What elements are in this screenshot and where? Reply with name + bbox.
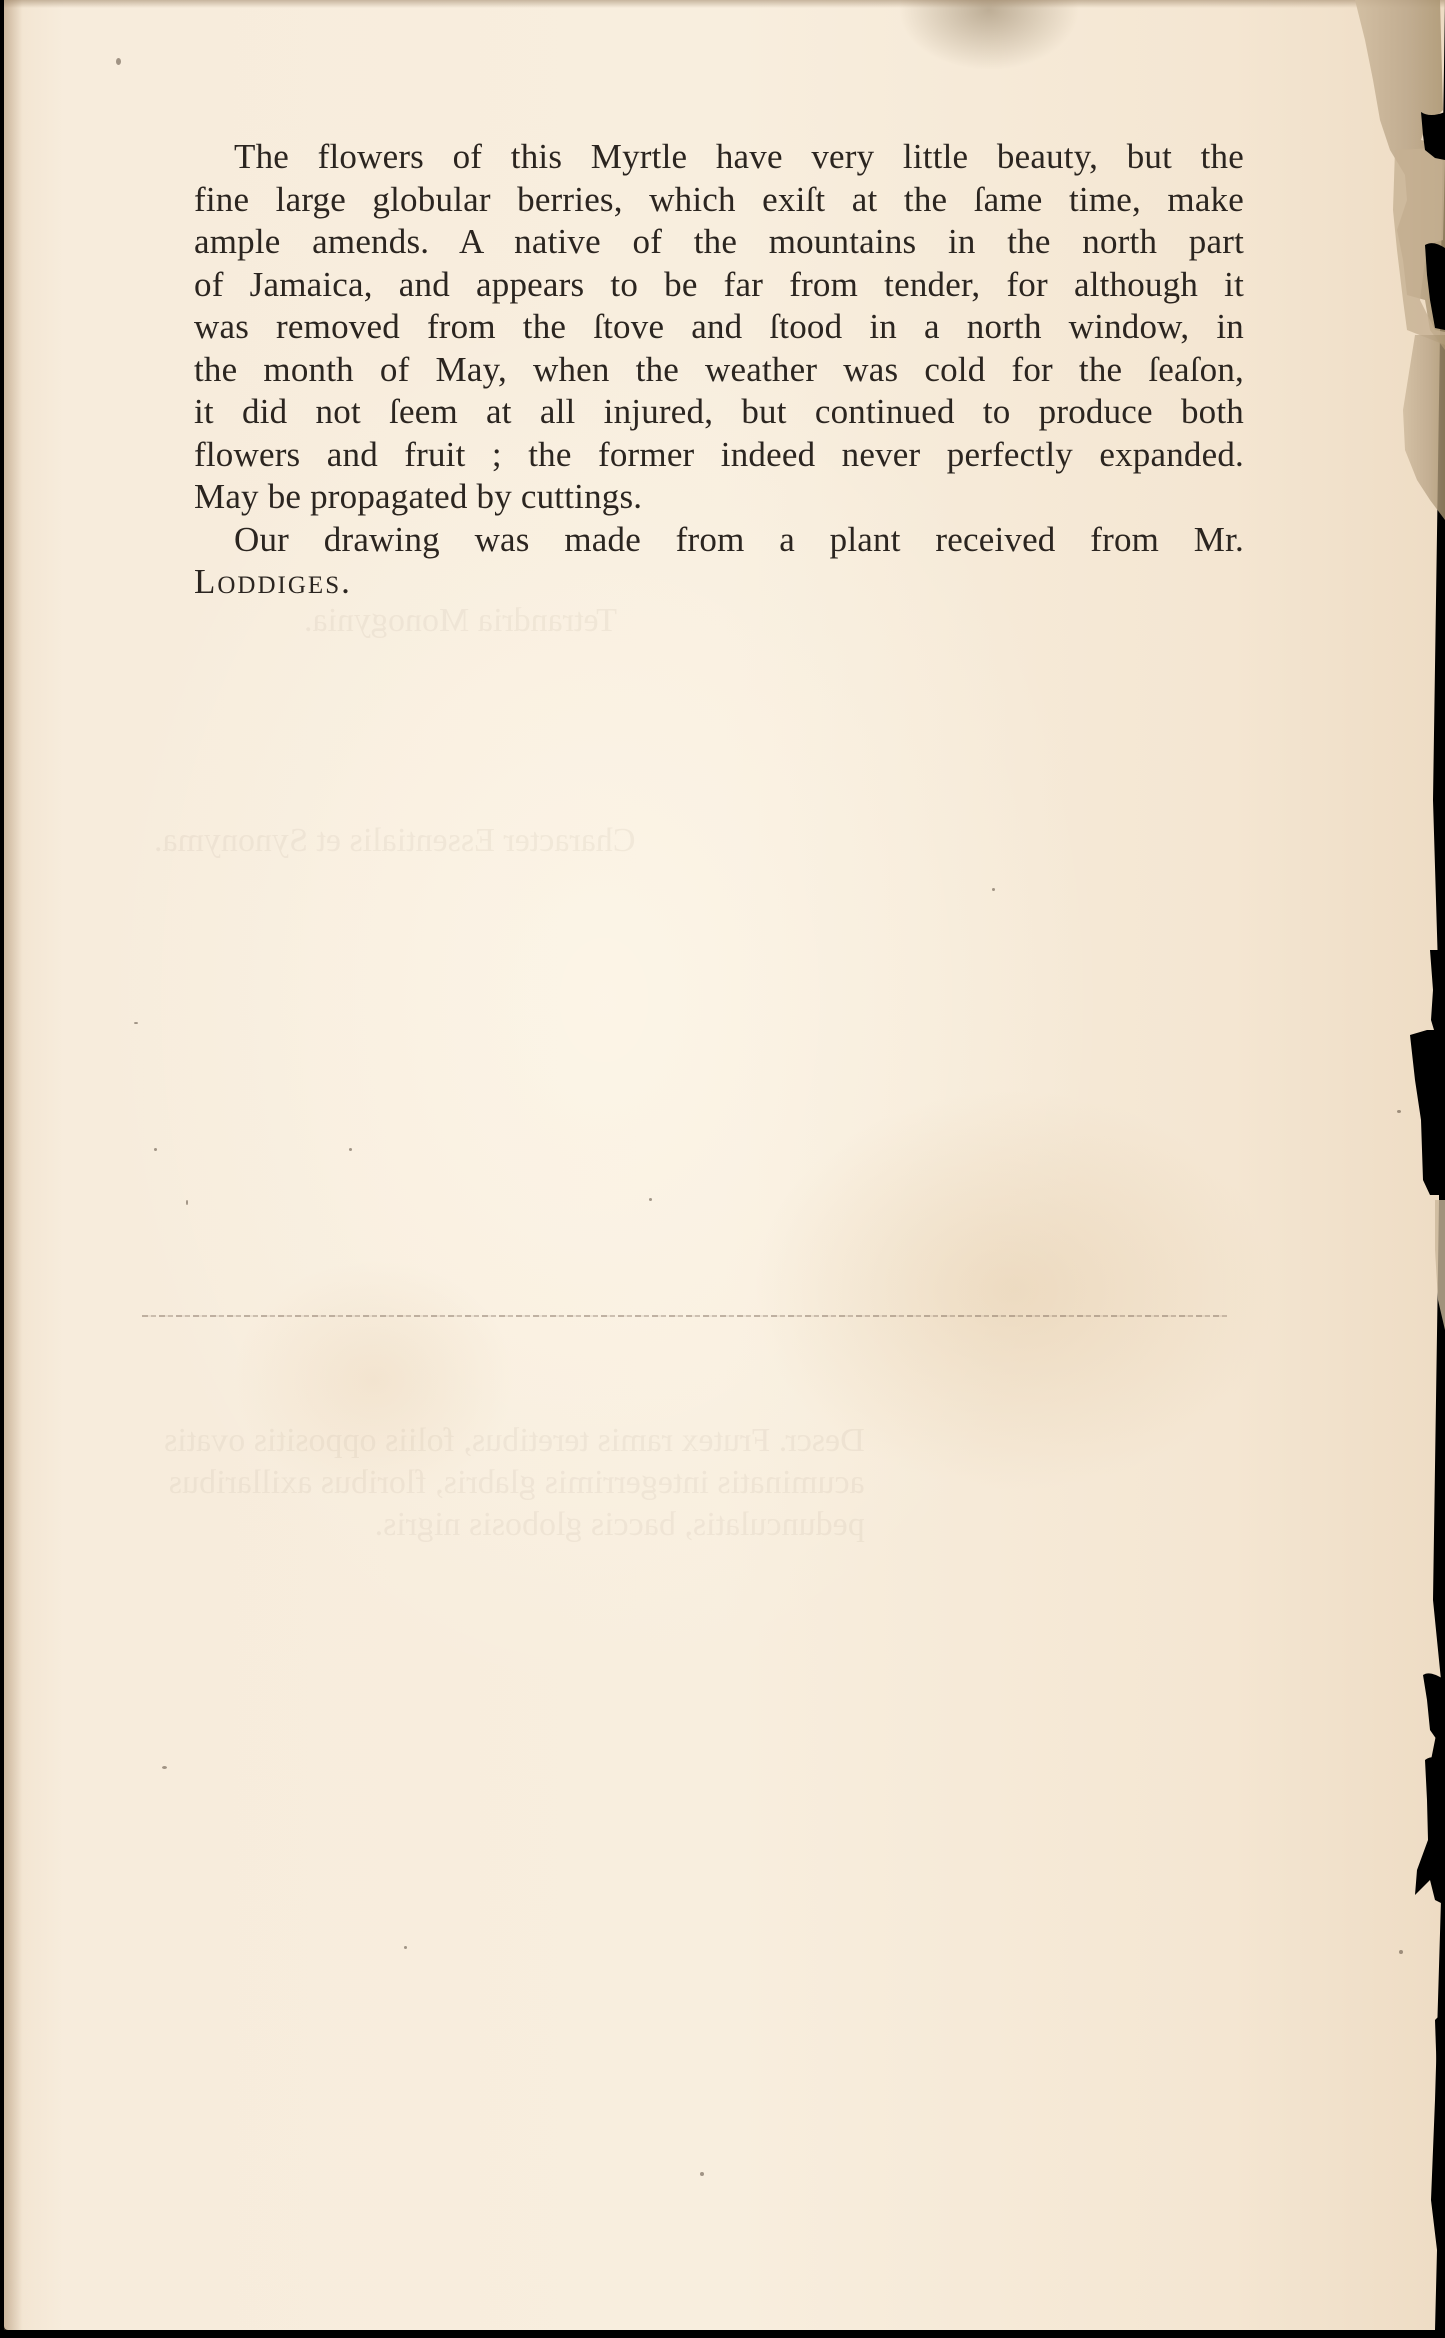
faint-horizontal-rule [142,1315,1227,1317]
text-line: flowers and fruit ; the former indeed ne… [154,434,1244,477]
paper-speck [649,1198,652,1201]
show-through-text: Character Essentialis et Synonyma. [154,820,636,862]
paper-speck [162,1766,167,1769]
paper-speck [700,2172,704,2176]
paper-speck [349,1148,352,1151]
body-text: The flowers of this Myrtle have very lit… [154,136,1244,604]
text-line: The flowers of this Myrtle have very lit… [154,136,1244,179]
show-through-text: Descr. Frutex ramis teretibus, foliis op… [164,1420,865,1546]
text-line: it did not ſeem at all injured, but cont… [154,391,1244,434]
text-line: the month of May, when the weather was c… [154,349,1244,392]
paragraph-source: Our drawing was made from a plant receiv… [154,519,1244,604]
text-line: ample amends. A native of the mountains … [154,221,1244,264]
paragraph-description: The flowers of this Myrtle have very lit… [154,136,1244,519]
show-through-text: Tetrandria Monogynia. [304,600,617,642]
nurseryman-name: Loddiges. [154,561,1244,604]
paper-speck [992,888,995,891]
paper-speck [134,1022,138,1024]
paper-speck [404,1946,407,1949]
text-line: of Jamaica, and appears to be far from t… [154,264,1244,307]
torn-right-edge [1335,0,1445,2338]
text-line: fine large globular berries, which exiſt… [154,179,1244,222]
text-line: Our drawing was made from a plant receiv… [154,519,1244,562]
paper-speck [154,1148,157,1151]
top-edge-stain [4,0,1445,8]
text-line: was removed from the ſtove and ſtood in … [154,306,1244,349]
paper-speck [116,58,121,65]
book-page: Tetrandria Monogynia. Character Essentia… [4,0,1445,2330]
text-line: May be propagated by cuttings. [154,476,1244,519]
paper-speck [186,1200,188,1205]
